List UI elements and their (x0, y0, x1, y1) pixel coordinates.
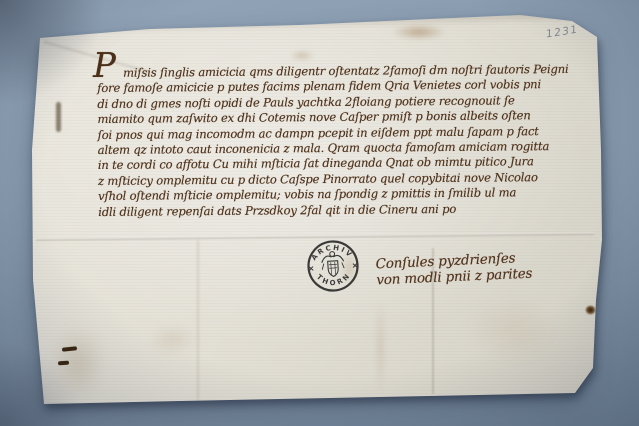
stain (148, 326, 196, 354)
top-edge-fold (34, 8, 600, 36)
stain (392, 24, 446, 40)
stain (470, 300, 560, 360)
vertical-crease (197, 240, 199, 400)
stain (585, 305, 596, 315)
svg-text:ARCHIV: ARCHIV (309, 242, 355, 262)
stamp-top-text: ARCHIV (309, 242, 355, 262)
ink-mark (56, 102, 61, 132)
photograph: P miſsis ſinglis amicicia qms diligentr … (0, 0, 639, 426)
manuscript-text-block: P miſsis ſinglis amicicia qms diligentr … (97, 62, 576, 220)
ink-mark (62, 346, 77, 352)
initial-capital: P (93, 59, 116, 75)
archive-number-pencil: 1231 (545, 24, 579, 41)
stain (290, 50, 314, 61)
manuscript-line: idli diligent repenſai dats Przsdkoy 2fa… (98, 200, 576, 220)
ink-mark (58, 361, 69, 366)
stain (376, 298, 385, 396)
angel-with-shield-icon (321, 251, 345, 277)
closing-annotation: Conſules pyzdrienſes von modli pnii z pa… (375, 251, 532, 289)
archive-stamp: ARCHIV THORN (303, 236, 363, 296)
document-paper: P miſsis ſinglis amicicia qms diligentr … (0, 0, 639, 426)
stain (52, 326, 104, 400)
paper-shadow: P miſsis ſinglis amicicia qms diligentr … (0, 0, 639, 426)
